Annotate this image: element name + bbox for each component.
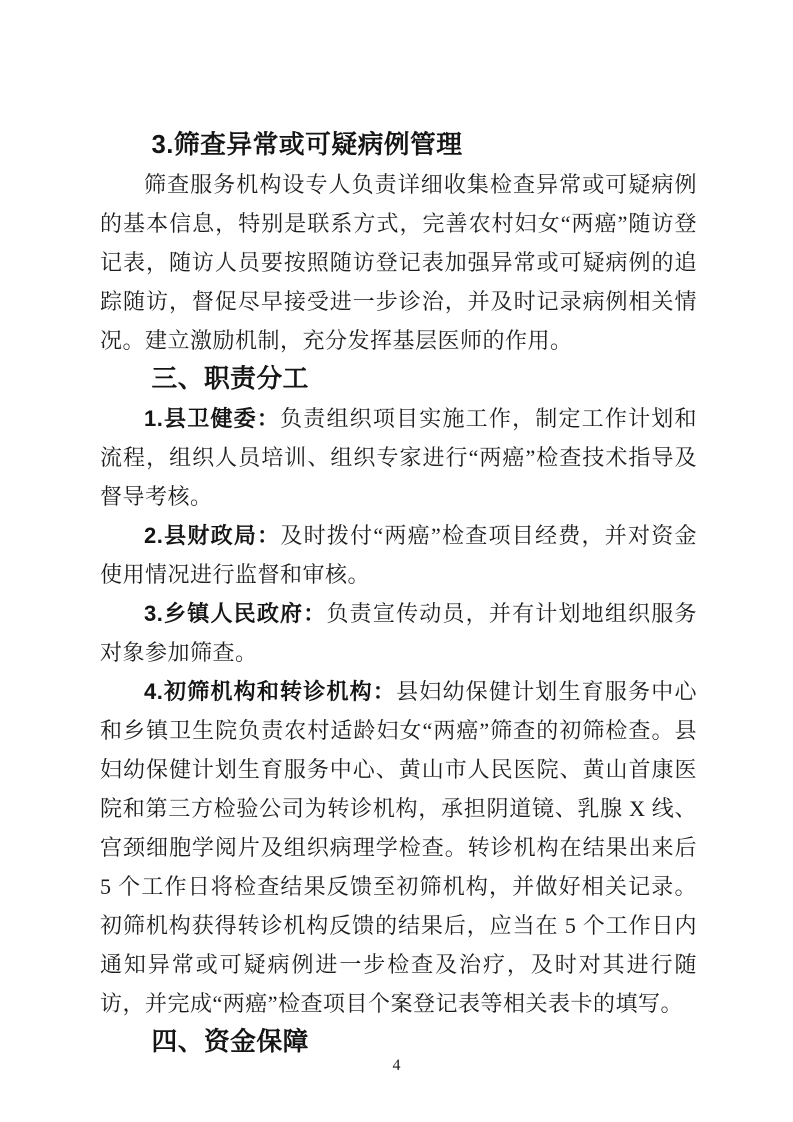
duty-item-health-commission: 1.县卫健委：负责组织项目实施工作，制定工作计划和流程，组织人员培训、组织专家进… xyxy=(100,399,697,516)
duty-item-screening-referral-institutions-label: 4.初筛机构和转诊机构： xyxy=(144,679,396,704)
section-heading-screening-management: 3.筛查异常或可疑病例管理 xyxy=(100,126,697,165)
duty-item-screening-referral-institutions-text: 县妇幼保健计划生育服务中心和乡镇卫生院负责农村适龄妇女“两癌”筛查的初筛检查。县… xyxy=(100,679,697,1016)
screening-management-paragraph: 筛查服务机构设专人负责详细收集检查异常或可疑病例的基本信息，特别是联系方式，完善… xyxy=(100,165,697,360)
duty-item-health-commission-label: 1.县卫健委： xyxy=(144,406,280,431)
duty-item-screening-referral-institutions: 4.初筛机构和转诊机构：县妇幼保健计划生育服务中心和乡镇卫生院负责农村适龄妇女“… xyxy=(100,672,697,1023)
document-page: 3.筛查异常或可疑病例管理 筛查服务机构设专人负责详细收集检查异常或可疑病例的基… xyxy=(0,0,793,1122)
document-body: 3.筛查异常或可疑病例管理 筛查服务机构设专人负责详细收集检查异常或可疑病例的基… xyxy=(100,126,697,1062)
duty-item-finance-bureau-label: 2.县财政局： xyxy=(144,523,280,548)
page-number: 4 xyxy=(0,1056,793,1076)
duty-item-finance-bureau: 2.县财政局：及时拨付“两癌”检查项目经费，并对资金使用情况进行监督和审核。 xyxy=(100,516,697,594)
duty-item-township-government: 3.乡镇人民政府：负责宣传动员，并有计划地组织服务对象参加筛查。 xyxy=(100,594,697,672)
duty-item-township-government-label: 3.乡镇人民政府： xyxy=(144,601,326,626)
section-heading-duties: 三、职责分工 xyxy=(100,360,697,399)
